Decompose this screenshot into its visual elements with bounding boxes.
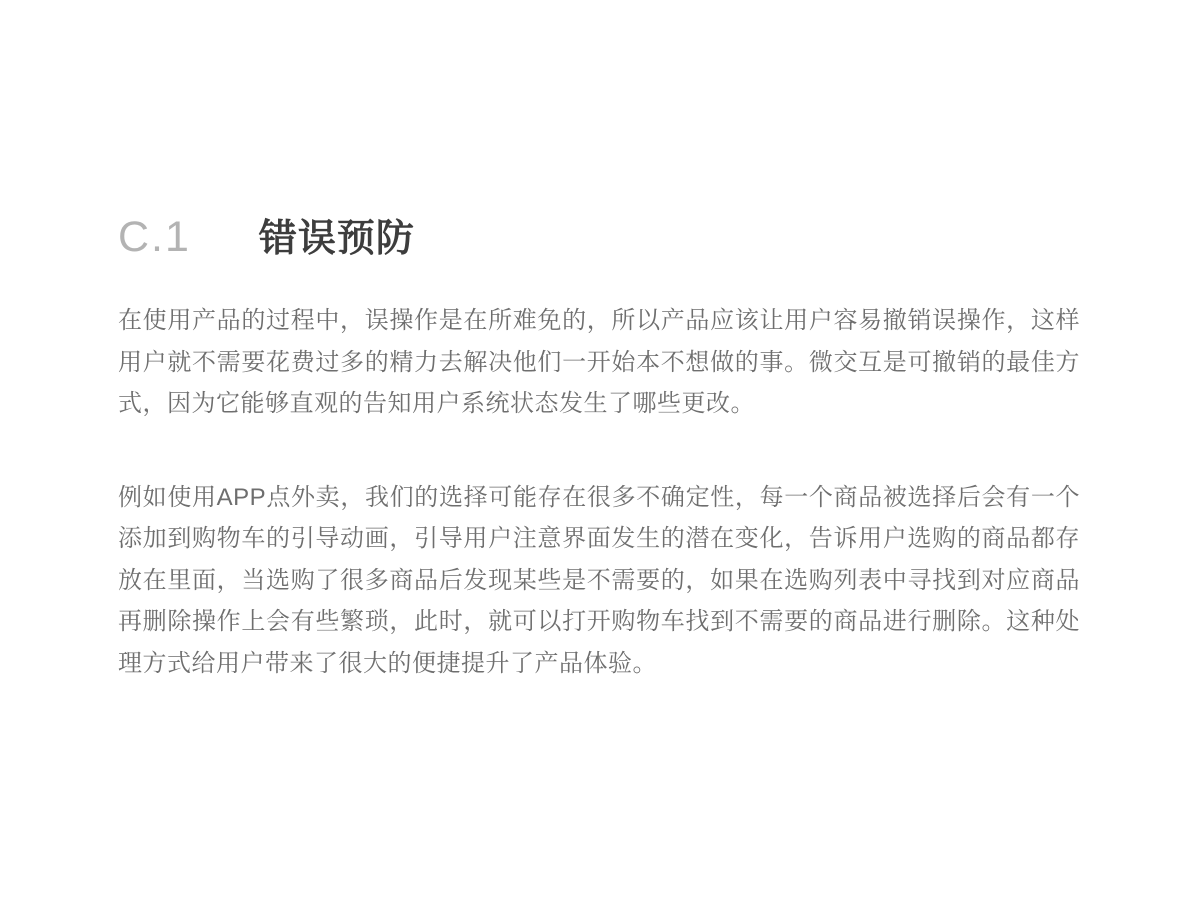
section-title: 错误预防 (259, 218, 415, 262)
paragraph-2: 例如使用APP点外卖，我们的选择可能存在很多不确定性，每一个商品被选择后会有一个… (118, 477, 1080, 685)
content-area: C.1 错误预防 在使用产品的过程中，误操作是在所难免的，所以产品应该让用户容易… (118, 213, 1080, 684)
document-page: C.1 错误预防 在使用产品的过程中，误操作是在所难免的，所以产品应该让用户容易… (0, 0, 1200, 900)
paragraph-1: 在使用产品的过程中，误操作是在所难免的，所以产品应该让用户容易撤销误操作，这样用… (118, 300, 1080, 425)
section-heading: C.1 错误预防 (118, 213, 1080, 262)
section-number: C.1 (118, 213, 191, 262)
body-text: 在使用产品的过程中，误操作是在所难免的，所以产品应该让用户容易撤销误操作，这样用… (118, 300, 1080, 684)
